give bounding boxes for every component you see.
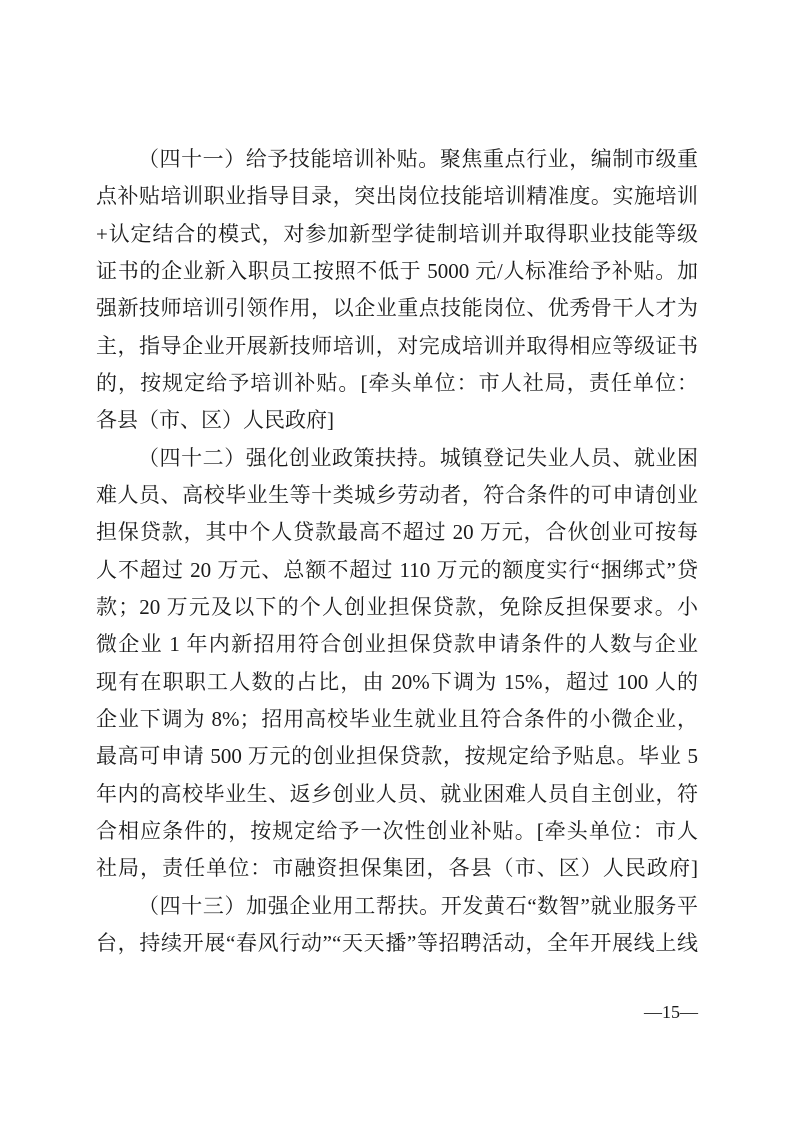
text-line: 难人员、高校毕业生等十类城乡劳动者，符合条件的可申请创业 <box>96 477 698 514</box>
text-line: 的，按规定给予培训补贴。[牵头单位：市人社局，责任单位： <box>96 365 698 402</box>
document-body: （四十一）给予技能培训补贴。聚焦重点行业，编制市级重 点补贴培训职业指导目录，突… <box>96 141 698 962</box>
text-line: 合相应条件的，按规定给予一次性创业补贴。[牵头单位：市人 <box>96 813 698 850</box>
paragraph-item-42: （四十二）强化创业政策扶持。城镇登记失业人员、就业困 难人员、高校毕业生等十类城… <box>96 440 698 888</box>
text-line: 年内的高校毕业生、返乡创业人员、就业困难人员自主创业，符 <box>96 776 698 813</box>
document-page: （四十一）给予技能培训补贴。聚焦重点行业，编制市级重 点补贴培训职业指导目录，突… <box>0 0 794 1123</box>
text-line: +认定结合的模式，对参加新型学徒制培训并取得职业技能等级 <box>96 216 698 253</box>
text-line: 点补贴培训职业指导目录，突出岗位技能培训精准度。实施培训 <box>96 178 698 215</box>
text-line: 各县（市、区）人民政府] <box>96 402 698 439</box>
text-line: （四十一）给予技能培训补贴。聚焦重点行业，编制市级重 <box>96 141 698 178</box>
text-line: 人不超过 20 万元、总额不超过 110 万元的额度实行“捆绑式”贷 <box>96 552 698 589</box>
text-line: 证书的企业新入职员工按照不低于 5000 元/人标准给予补贴。加 <box>96 253 698 290</box>
text-line: （四十三）加强企业用工帮扶。开发黄石“数智”就业服务平 <box>96 888 698 925</box>
paragraph-item-41: （四十一）给予技能培训补贴。聚焦重点行业，编制市级重 点补贴培训职业指导目录，突… <box>96 141 698 440</box>
text-line: 台，持续开展“春风行动”“天天播”等招聘活动，全年开展线上线 <box>96 925 698 962</box>
text-line: 款；20 万元及以下的个人创业担保贷款，免除反担保要求。小 <box>96 589 698 626</box>
text-line: （四十二）强化创业政策扶持。城镇登记失业人员、就业困 <box>96 440 698 477</box>
text-line: 现有在职职工人数的占比，由 20%下调为 15%，超过 100 人的 <box>96 664 698 701</box>
text-line: 微企业 1 年内新招用符合创业担保贷款申请条件的人数与企业 <box>96 626 698 663</box>
text-line: 主，指导企业开展新技师培训，对完成培训并取得相应等级证书 <box>96 328 698 365</box>
paragraph-item-43: （四十三）加强企业用工帮扶。开发黄石“数智”就业服务平 台，持续开展“春风行动”… <box>96 888 698 963</box>
text-line: 社局，责任单位：市融资担保集团，各县（市、区）人民政府] <box>96 850 698 887</box>
text-line: 企业下调为 8%；招用高校毕业生就业且符合条件的小微企业， <box>96 701 698 738</box>
text-line: 强新技师培训引领作用，以企业重点技能岗位、优秀骨干人才为 <box>96 290 698 327</box>
text-line: 担保贷款，其中个人贷款最高不超过 20 万元，合伙创业可按每 <box>96 514 698 551</box>
text-line: 最高可申请 500 万元的创业担保贷款，按规定给予贴息。毕业 5 <box>96 738 698 775</box>
page-number: —15— <box>96 1000 698 1024</box>
